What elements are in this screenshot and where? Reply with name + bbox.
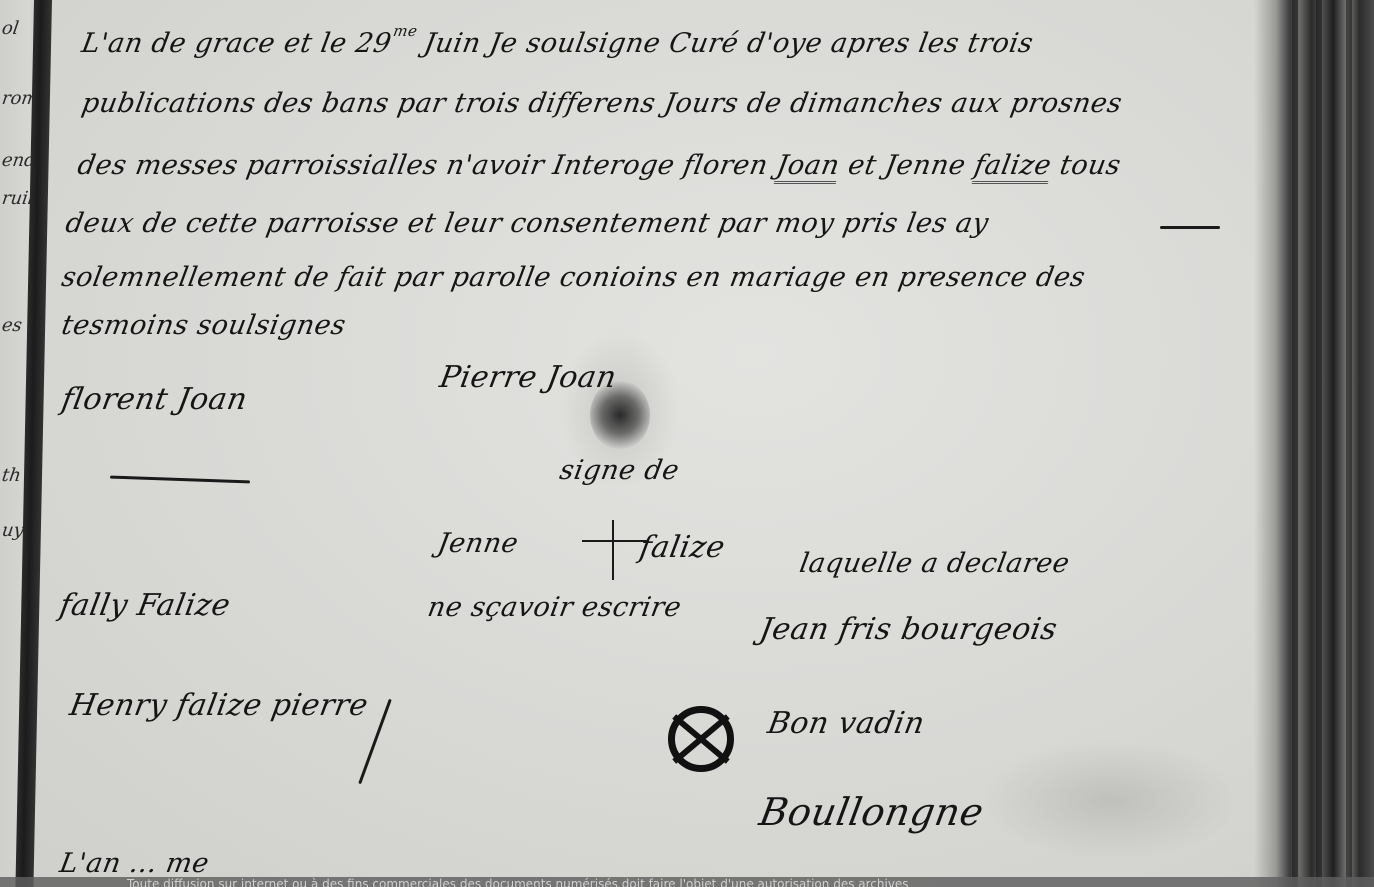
signature-witness-2: Jean fris bourgeois [757,612,1060,647]
signature-witness-1: fally Falize [57,588,233,623]
book-binding-edge [1254,0,1374,887]
bride-declaration-2: ne sçavoir escrire [425,592,684,623]
record-line-6: tesmoins soulsignes [59,310,348,341]
cross-horizontal [582,540,648,542]
signature-groom-father: Pierre Joan [437,360,619,395]
signature-curate: Boullongne [756,790,987,834]
line-text: solemnellement de fait par parolle conio… [59,262,1087,293]
margin-fragment: es [1,315,24,336]
record-line-4: deux de cette parroisse et leur consente… [63,208,991,239]
line-text: et Jenne [846,150,968,181]
cross-vertical [612,520,614,580]
record-line-2: publications des bans par trois differen… [79,88,1124,119]
record-line-3: des messes parroissialles n'avoir Intero… [75,150,1123,181]
witness-circle-mark [668,706,734,772]
binding-shadow [1316,0,1322,887]
bride-declaration-1: laquelle a declaree [797,548,1072,579]
signature-flourish [110,476,250,484]
line-filler-stroke [1160,226,1220,229]
margin-fragment: ol [1,18,21,39]
ink-blot [590,380,650,450]
margin-fragment: uy [1,520,26,541]
archives-usage-notice: Toute diffusion sur internet ou à des fi… [127,877,909,887]
margin-fragment: th [1,465,23,486]
binding-shadow [1292,0,1298,887]
signe-de-label: signe de [557,455,681,486]
line-text: Juin Je soulsigne Curé d'oye apres les t… [422,28,1036,59]
bride-cross-mark [582,520,648,580]
binding-shadow [1346,0,1352,887]
line-text: L'an de grace et le 29 [79,28,394,59]
bride-last-name: falize [637,530,728,565]
paper-stain [980,740,1240,860]
next-entry-fragment: L'an ... me [57,848,211,879]
record-line-5: solemnellement de fait par parolle conio… [59,262,1087,293]
scanned-page: ol rom end ruil es th uy L'an de grace e… [0,0,1374,887]
line-text: tesmoins soulsignes [59,310,348,341]
signature-witness-4: Bon vadin [765,706,928,741]
archives-usage-notice-bar: Toute diffusion sur internet ou à des fi… [0,877,1374,887]
bride-first-name: Jenne [435,528,521,559]
line-text: des messes parroissialles n'avoir Intero… [75,150,770,181]
line-text: deux de cette parroisse et leur consente… [63,208,991,239]
ordinal-superscript: me [392,22,419,40]
signature-groom: florent Joan [59,382,250,417]
groom-name-underlined: Joan [774,150,843,184]
line-text: publications des bans par trois differen… [79,88,1124,119]
record-line-1: L'an de grace et le 29me Juin Je soulsig… [79,28,1035,59]
bride-name-underlined: falize [971,150,1054,184]
line-text: tous [1058,150,1124,181]
signature-witness-3: Henry falize pierre [67,688,371,723]
